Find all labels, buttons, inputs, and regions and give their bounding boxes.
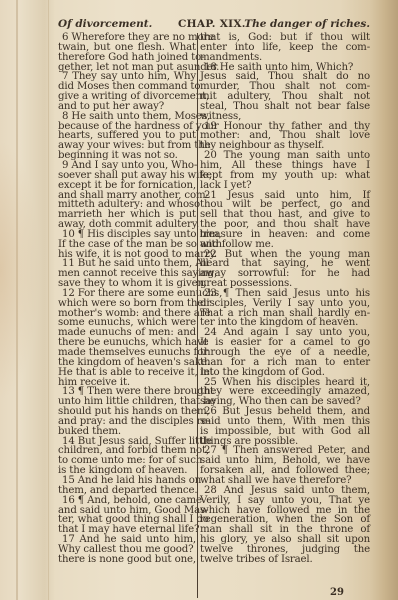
- running-header: Of divorcement. CHAP. XIX. The danger of…: [58, 17, 370, 31]
- page-gutter-line: [48, 0, 49, 600]
- column-divider: [197, 33, 198, 598]
- chapter-heading: CHAP. XIX.: [178, 17, 246, 31]
- text-line: twelve tribes of Israel.: [200, 555, 370, 565]
- paper-stain: [0, 140, 40, 400]
- text-line: there is none good but one,: [58, 555, 196, 565]
- right-text-column: that is, God: but if thou wiltenter into…: [200, 33, 370, 565]
- header-left-title: Of divorcement.: [58, 17, 152, 31]
- page-number: 29: [330, 587, 344, 598]
- header-right-title: The danger of riches.: [244, 17, 370, 31]
- left-text-column: 6 Wherefore they are no moretwain, but o…: [58, 33, 196, 565]
